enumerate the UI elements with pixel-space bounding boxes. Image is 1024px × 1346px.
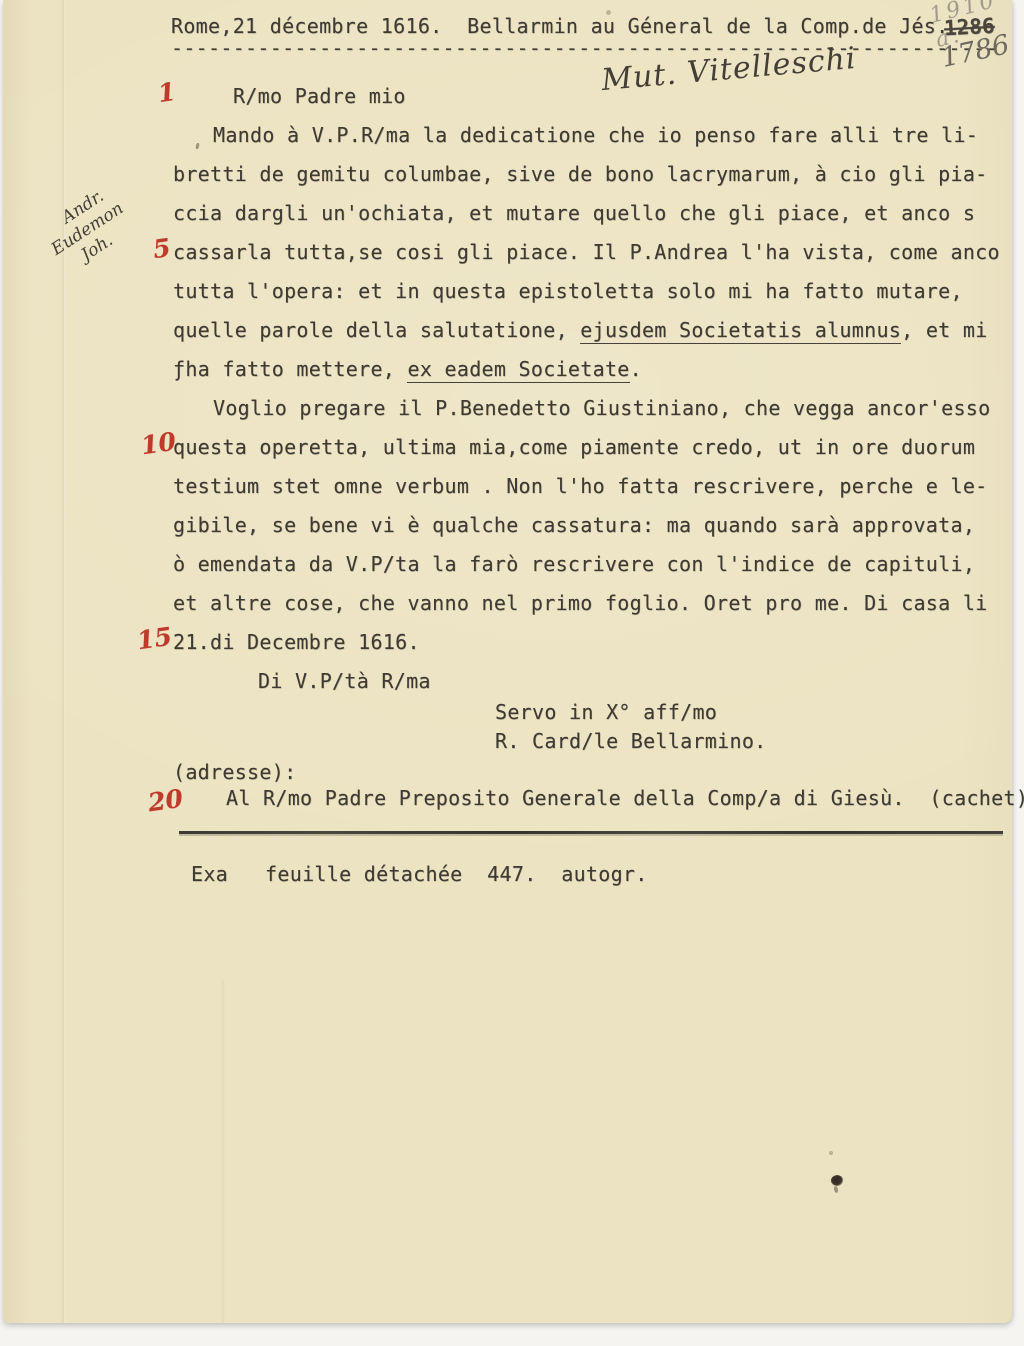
- letter-line: testium stet omne verbum . Non l'ho fatt…: [173, 474, 988, 498]
- red-line-number: 10: [139, 427, 177, 461]
- letter-line: tutta l'opera: et in questa epistoletta …: [173, 279, 963, 303]
- letter-line: R. Card/le Bellarmino.: [495, 729, 767, 753]
- letter-line: Mando à V.P.R/ma la dedicatione che io p…: [213, 123, 978, 147]
- letter-line: bretti de gemitu columbae, sive de bono …: [173, 162, 988, 186]
- letter-line: ƒha fatto mettere, ex eadem Societate.: [173, 357, 642, 381]
- paper-crease-2: [221, 980, 225, 1323]
- letter-page: Rome,21 décembre 1616. Bellarmin au Géne…: [3, 0, 1012, 1323]
- footer-exa-line: Exa feuille détachée 447. autogr.: [191, 862, 648, 886]
- letter-line: 21.di Decembre 1616.: [173, 630, 420, 654]
- letter-line: Voglio pregare il P.Benedetto Giustinian…: [213, 396, 990, 420]
- letter-line: Servo in X° aff/mo: [495, 700, 717, 724]
- letter-line: questa operetta, ultima mia,come piament…: [173, 435, 975, 459]
- ink-blot: [829, 1173, 844, 1187]
- letter-line: ccia dargli un'ochiata, et mutare quello…: [173, 201, 975, 225]
- typed-stray-mark: [195, 143, 199, 150]
- letter-line: quelle parole della salutatione, ejusdem…: [173, 318, 988, 342]
- paper-crease: [61, 0, 66, 1323]
- red-line-number: 20: [146, 784, 184, 818]
- letter-line: Di V.P/tà R/ma: [258, 669, 431, 693]
- paper-speck: [829, 1151, 833, 1155]
- red-line-number: 5: [151, 233, 172, 264]
- letter-line: cassarla tutta,se cosi gli piace. Il P.A…: [173, 240, 1000, 264]
- letter-line: et altre cose, che vanno nel primo fogli…: [173, 591, 988, 615]
- handwritten-margin-note: Andr.EudemonJoh.: [36, 181, 139, 278]
- letter-line: ò emendata da V.P/ta la farò rescrivere …: [173, 552, 975, 576]
- letter-line: Al R/mo Padre Preposito Generale della C…: [226, 786, 1024, 810]
- header-dashed-rule: ----------------------------------------…: [171, 36, 998, 60]
- letter-line: R/mo Padre mio: [233, 84, 406, 108]
- header-date-line: Rome,21 décembre 1616. Bellarmin au Géne…: [171, 14, 948, 38]
- red-line-number: 1: [156, 77, 177, 108]
- red-line-number: 15: [135, 622, 173, 656]
- letter-line: (adresse):: [173, 760, 296, 784]
- ink-blot-tail: [833, 1186, 839, 1194]
- footer-rule: [179, 831, 1003, 834]
- letter-line: gibile, se bene vi è qualche cassatura: …: [173, 513, 975, 537]
- paper-speck: [606, 10, 611, 15]
